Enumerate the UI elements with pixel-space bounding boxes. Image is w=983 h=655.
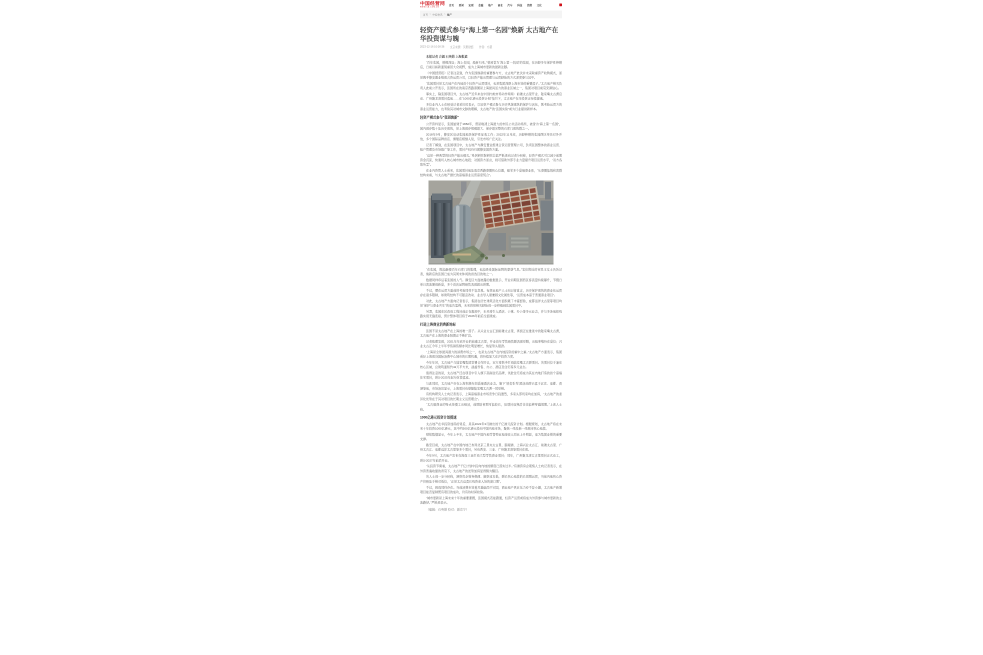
nav-item[interactable]: 消费 (527, 3, 532, 7)
paragraph: 《中国经营报》记者注意到，作为张园焕新的重要参与方，太古地产此次并未采取重资产收… (420, 70, 562, 79)
paragraph: “这是一种典型的轻资产输出模式。”易居研究院研究总监严跃进向记者分析称，轻资产模… (420, 153, 562, 167)
section1-heading: 轻资产模式参与“张园焕新” (420, 115, 562, 120)
nav-item[interactable]: 要闻 (459, 3, 464, 7)
nav-item[interactable]: 文化 (537, 3, 542, 7)
paragraph: 有机构研究人士向记者表示，上海高端商业市场竞争日趋激烈，多家头部玩家均在加码，“… (420, 392, 562, 401)
zhangyuan-aerial-photo-graphic (429, 181, 554, 265)
paragraph: 在业内资管人士看来，张园项目地处南京西路商圈核心位置，毗邻多个高端商业体，“从商… (420, 168, 562, 177)
paragraph: 对此，太古地产方面向记者表示，集团在历史建筑活化方面积累了丰富经验，成都远洋太古… (420, 299, 562, 308)
paragraph: 该人士进一步分析称，港资房企财务稳健、融资成本低，擅长核心地段的长周期运营，当前… (420, 474, 562, 483)
breadcrumb-home[interactable]: 首页 (423, 13, 428, 17)
paragraph: 与此同时，太古地产亦在上海积极布局高端酒店业态。旗下“居舍系列”酒店品牌已落子北… (420, 381, 562, 390)
nav-item[interactable]: 汽车 (508, 3, 513, 7)
nav-item[interactable]: 首页 (449, 3, 454, 7)
article-source: 文章来源：贝果财经 (450, 45, 474, 49)
site-logo[interactable]: 中国经营网 WWW.CB.COM.CN (420, 1, 445, 8)
reporter-line: 本报记者 方超 石英婧 上海报道 (420, 54, 562, 59)
paragraph: 记者梳理发现，2021年年底开业的前滩太古里，开业首年零售销售额表现亮眼，出租率… (420, 339, 562, 348)
nav-item[interactable]: 科技 (517, 3, 522, 7)
breadcrumb-separator: > (444, 13, 445, 16)
article-body: 本报记者 方超 石英婧 上海报道 “百年张园，梧桐深处；海上名园，焕新归来。”曾… (420, 54, 562, 512)
paragraph: “百年张园，梧桐深处；海上名园，焕新归来。”曾被誉为“海上第一名园”的张园，在历… (420, 60, 562, 69)
paragraph: “在张园，既能触摸百年石库门的肌理，也能感受国际品牌的摩登气息。”家住附近的市民… (420, 267, 562, 276)
site-header: 中国经营网 WWW.CB.COM.CN 首页要闻宏观金融地产商业汽车科技消费文化 (420, 0, 562, 10)
paragraph: 不过，挑战同样存在。当前消费市场复苏基础尚不牢固，商业地产供应压力亦不容小觑，太… (420, 485, 562, 494)
paragraph: 太古地产在华投资加码的背后，是其2022年3月抛出的千亿港元投资计划。根据规划，… (420, 422, 562, 431)
paragraph: “城市更新是上海未来十年的重要课题，张园模式若能跑通，轻资产运营或将成为外资参与… (420, 495, 562, 504)
paragraph: “太古做商业的特点是慢工出细活，前期培育期可能较长，但项目成熟后往往能够穿越周期… (420, 402, 562, 411)
article-author: 作者：方超 (479, 45, 492, 49)
editor-note: （编辑：石英婧 校对：颜京宁） (420, 507, 562, 512)
paragraph: 另悉，张园东区改造工程目前正在推进中，未来将引入酒店、公寓、办公等多元业态，并与… (420, 309, 562, 318)
paragraph: 财报数据显示，今年上半年，太古地产中国内地零售物业租金收入同比上升明显，成为集团… (420, 432, 562, 441)
paragraph: 数据同样印证着张园的人气。静安区方面披露的数据显示，开业初期张园西区客流量持续攀… (420, 278, 562, 287)
paragraph: 张园不是太古地产在上海的唯一落子。从兴业太古汇到前滩太古里，再到正在推进中的陆家… (420, 329, 562, 338)
paragraph: 不过，摆在运营方面前的考验同样不容忽视。有商业地产人士向记者直言，历史保护建筑的… (420, 288, 562, 297)
nav-app-icon[interactable] (559, 3, 562, 6)
paragraph: 事实上，除张园项目外，太古地产近年来在中国内地市场动作频频：前滩太古里开业、陆家… (420, 92, 562, 101)
paragraph: “张园项目是太古地产在内地首个轻资产运营项目，也是集团深耕上海市场的重要落子。”… (420, 81, 562, 90)
breadcrumb-current: 地产 (447, 13, 452, 17)
paragraph: 多位业内人士在接受记者采访时表示，以轻资产模式参与历史风貌建筑的保护与活化，既考… (420, 102, 562, 111)
paragraph: 记者了解到，在张园项目中，太古地产与静安置业组建合资运营管理公司，负责张园整体的… (420, 142, 562, 151)
paragraph: “上海是全球最具潜力的消费市场之一，也是太古地产在内地投资的重中之重。”太古地产… (420, 350, 562, 359)
paragraph: 2018年9月，静安区启动张园地块保护性征收工作；2022年11月底，历经修缮的… (420, 132, 562, 141)
section3-heading: 1000亿港元投资计划提速 (420, 415, 562, 420)
article-byline: 2023-12-16 10:08:36 文章来源：贝果财经 作者：方超 (420, 45, 562, 49)
top-navigation: 首页要闻宏观金融地产商业汽车科技消费文化 (449, 3, 559, 7)
paragraph: 截至目前，太古地产在中国内地已布局北京三里屯太古里、颐堤港、上海兴业太古汇、前滩… (420, 443, 562, 452)
nav-item[interactable]: 金融 (478, 3, 483, 7)
paragraph: 今年9月，太古地产宣布在海南三亚打造大型零售商业项目；同年，广州聚龙湾太古里项目… (420, 453, 562, 462)
after-photo-paragraphs: “在张园，既能触摸百年石库门的肌理，也能感受国际品牌的摩登气息。”家住附近的市民… (420, 267, 562, 318)
paragraph: 公开资料显示，张园始建于1882年，曾是晚清上海最大的市民公共活动场所，被誉为“… (420, 121, 562, 130)
nav-item[interactable]: 商业 (498, 3, 503, 7)
site-logo-en: WWW.CB.COM.CN (420, 7, 445, 9)
section3-paragraphs: 太古地产在华投资加码的背后，是其2022年3月抛出的千亿港元投资计划。根据规划，… (420, 422, 562, 505)
section1-paragraphs: 公开资料显示，张园始建于1882年，曾是晚清上海最大的市民公共活动场所，被誉为“… (420, 121, 562, 177)
article-title: 轻资产模式参与“海上第一名园”焕新 太古地产在华投资谋与魄 (420, 26, 562, 43)
paragraph: 值得注意的是，太古地产还在项目中引入旗下高端住宅品牌，该批住宅将成为其在内地打造… (420, 371, 562, 380)
paragraph: 今年年初，太古地产与陆家嘴集团签署合作协议，双方将联手打造陆家嘴太古源项目。该项… (420, 360, 562, 369)
paragraph: “从投资节奏看，太古地产千亿计划中投向内地的额度已落实过半。”有港资房企观察人士… (420, 464, 562, 473)
breadcrumb-separator: > (430, 13, 431, 16)
breadcrumb: 首页 > 中经快讯 > 地产 (420, 11, 562, 19)
publish-datetime: 2023-12-16 10:08:36 (420, 45, 444, 49)
section2-heading: 打造上海商业消费新地标 (420, 322, 562, 327)
article-photo (429, 181, 554, 265)
page-container: 中国经营网 WWW.CB.COM.CN 首页要闻宏观金融地产商业汽车科技消费文化… (420, 0, 562, 513)
nav-item[interactable]: 宏观 (469, 3, 474, 7)
nav-item[interactable]: 地产 (488, 3, 493, 7)
breadcrumb-channel[interactable]: 中经快讯 (432, 13, 442, 17)
intro-paragraphs: “百年张园，梧桐深处；海上名园，焕新归来。”曾被誉为“海上第一名园”的张园，在历… (420, 60, 562, 111)
section2-paragraphs: 张园不是太古地产在上海的唯一落子。从兴业太古汇到前滩太古里，再到正在推进中的陆家… (420, 329, 562, 412)
